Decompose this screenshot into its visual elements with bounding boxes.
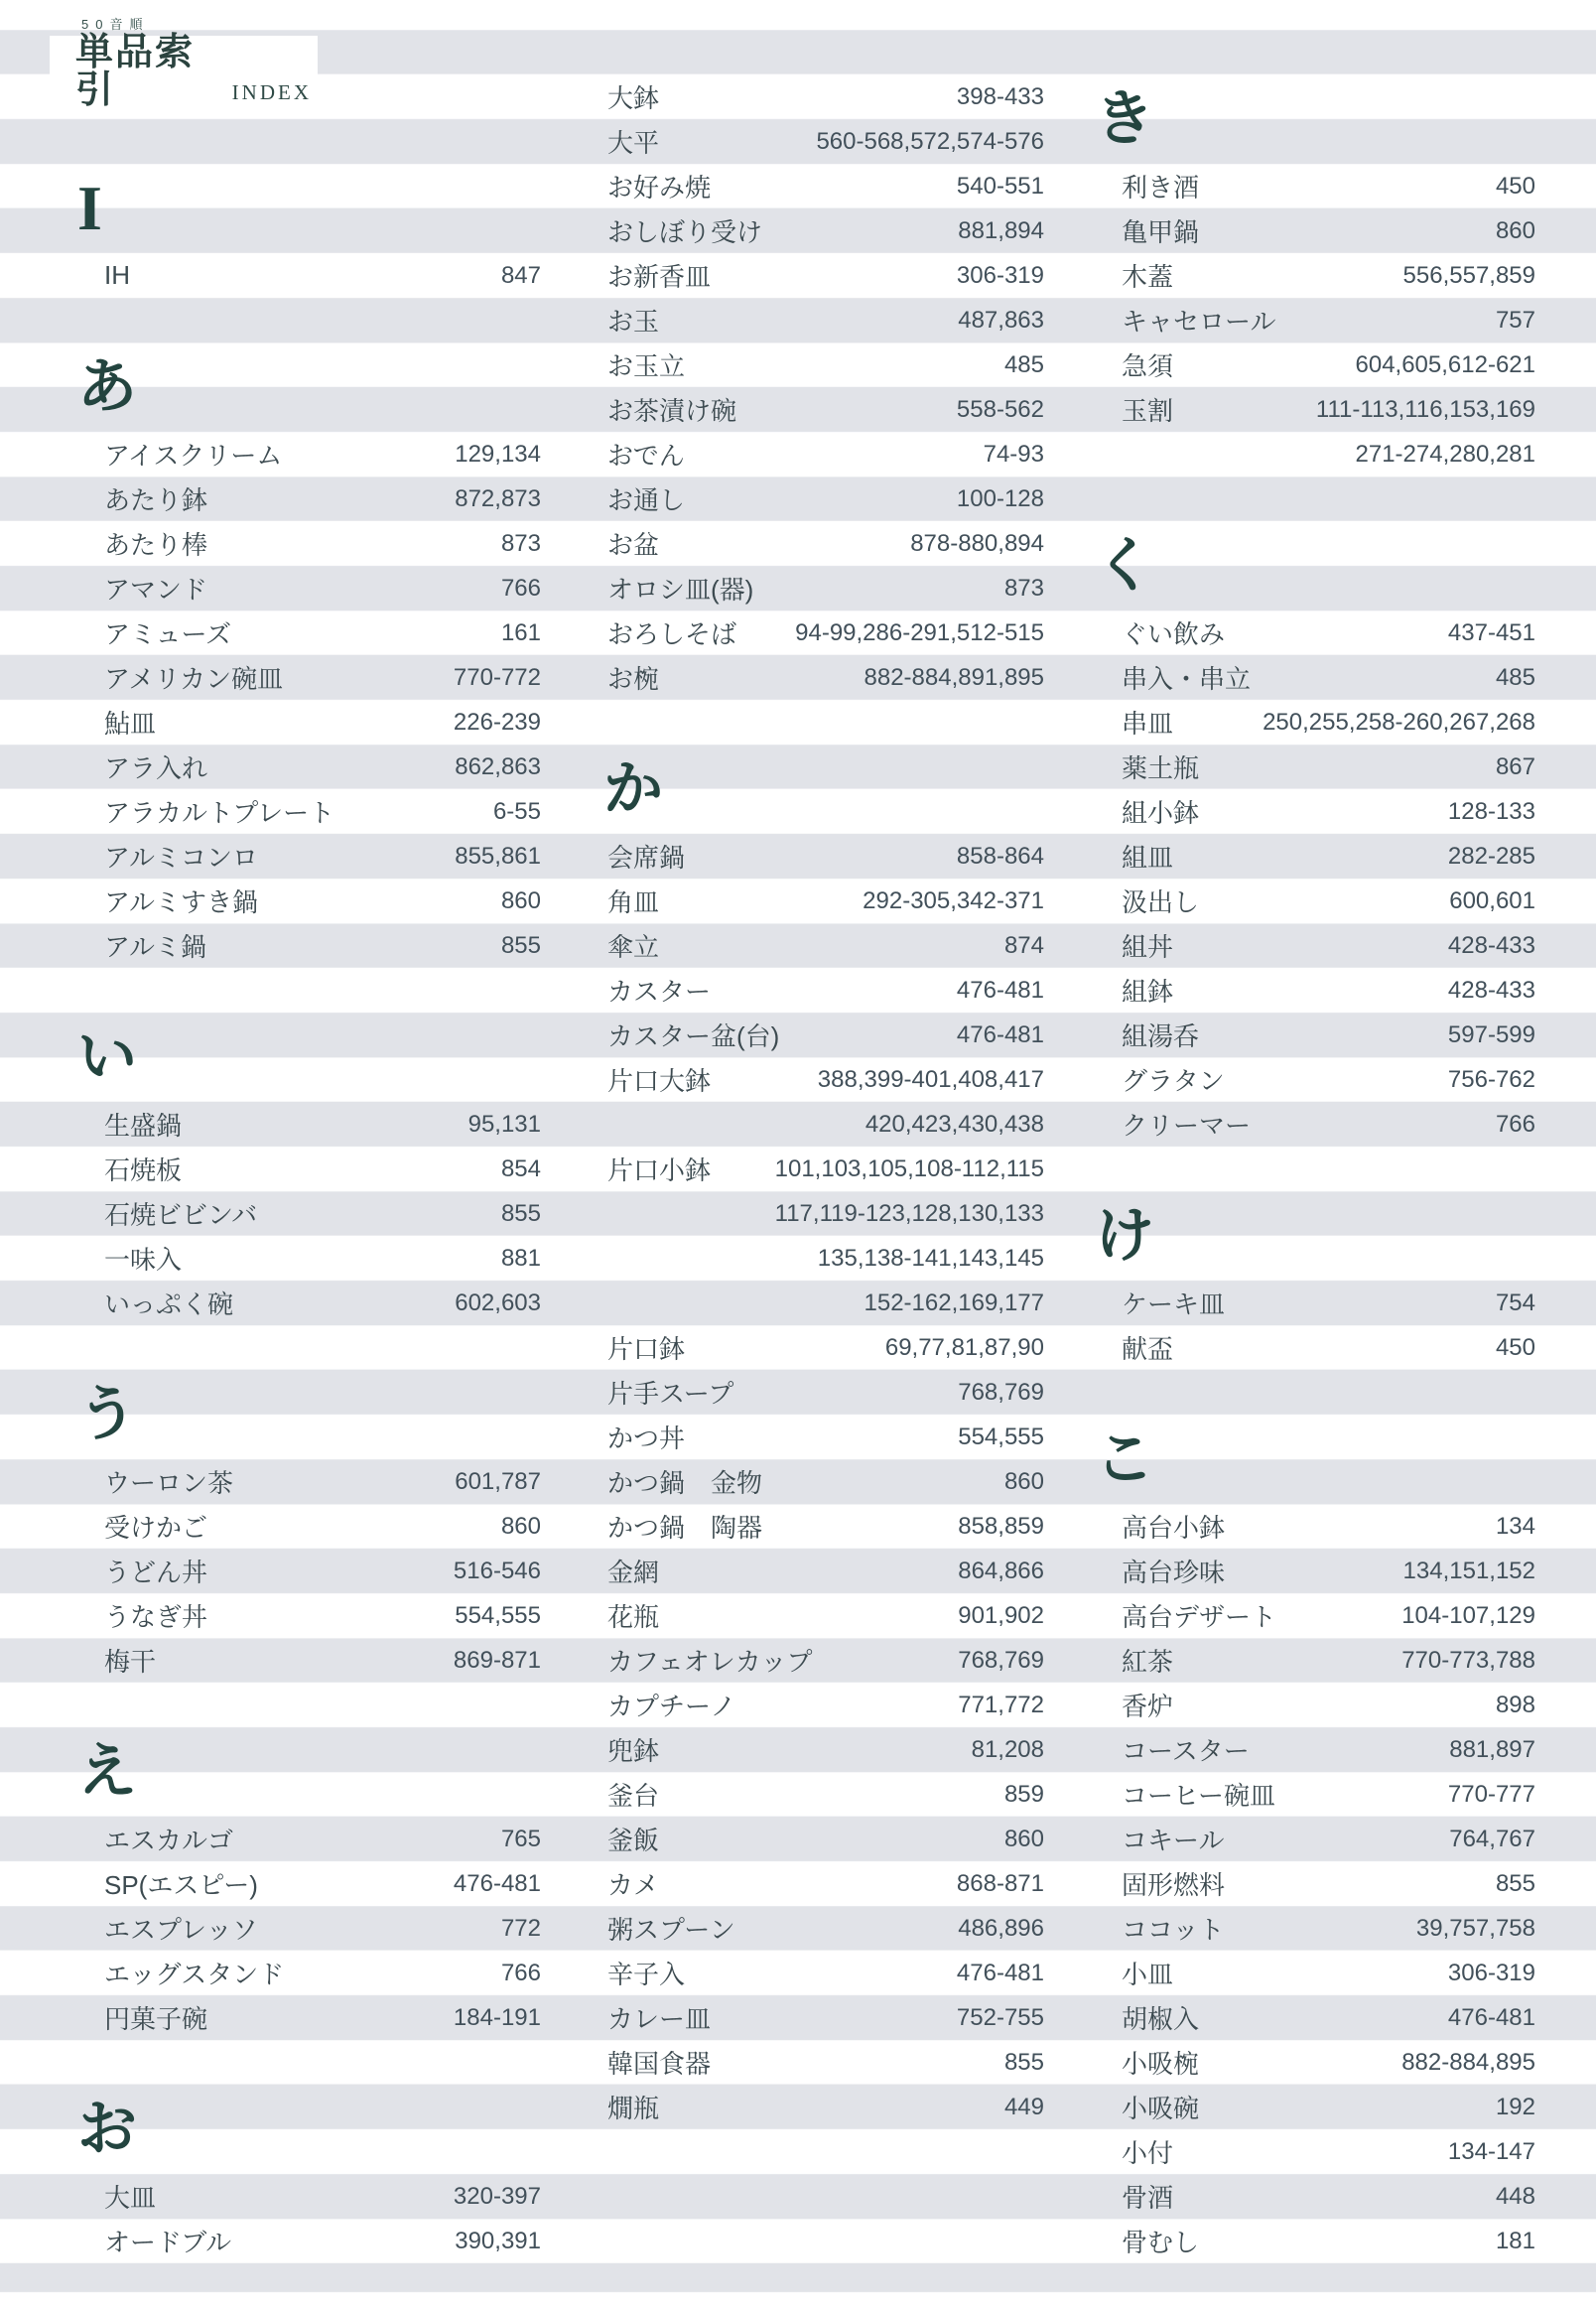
index-row: うどん丼516-546 <box>69 1549 551 1593</box>
item-pages: 847 <box>501 262 541 290</box>
index-row: かつ鍋 金物860 <box>596 1459 1054 1504</box>
section-header: あ <box>69 342 551 432</box>
index-row: 高台小鉢134 <box>1087 1504 1545 1549</box>
item-label: お玉 <box>607 302 659 339</box>
index-row: 串皿250,255,258-260,267,268 <box>1087 700 1545 745</box>
index-row: カプチーノ771,772 <box>596 1683 1054 1727</box>
item-pages: 134-147 <box>1448 2138 1535 2166</box>
item-label: ケーキ皿 <box>1122 1285 1225 1321</box>
item-pages: 882-884,895 <box>1401 2049 1535 2077</box>
index-row: 高台デザート104-107,129 <box>1087 1593 1545 1638</box>
index-row: SP(エスピー)476-481 <box>69 1861 551 1906</box>
index-row: お通し100-128 <box>596 476 1054 521</box>
index-row-continuation: 135,138-141,143,145 <box>596 1236 1054 1281</box>
index-row: うなぎ丼554,555 <box>69 1593 551 1638</box>
item-pages: 898 <box>1496 1692 1535 1719</box>
item-pages: 604,605,612-621 <box>1356 351 1536 379</box>
index-row: かつ丼554,555 <box>596 1415 1054 1459</box>
item-label: あたり鉢 <box>104 480 207 517</box>
item-pages: 768,769 <box>958 1647 1044 1675</box>
row-spacer <box>69 74 551 164</box>
row-spacer <box>69 1683 551 1727</box>
item-pages: 766 <box>1496 1111 1535 1139</box>
index-row: 片口大鉢388,399-401,408,417 <box>596 1057 1054 1102</box>
index-row: 円菓子碗184-191 <box>69 1995 551 2040</box>
item-label: うどん丼 <box>104 1553 207 1589</box>
index-row: カスター476-481 <box>596 968 1054 1013</box>
item-pages: 181 <box>1496 2228 1535 2255</box>
item-label: あたり棒 <box>104 525 207 562</box>
index-row: オロシ皿(器)873 <box>596 566 1054 611</box>
index-column: き利き酒450亀甲鍋860木蓋556,557,859キャセロール757急須604… <box>1087 74 1545 2263</box>
item-pages: 770-773,788 <box>1401 1647 1535 1675</box>
item-label: アルミコンロ <box>104 838 258 875</box>
item-pages: 69,77,81,87,90 <box>885 1334 1044 1362</box>
item-pages: 250,255,258-260,267,268 <box>1263 709 1535 737</box>
item-label: カレー皿 <box>607 1999 711 2036</box>
index-row: オードブル390,391 <box>69 2219 551 2263</box>
index-row: 香炉898 <box>1087 1683 1545 1727</box>
item-label: 石焼ビビンバ <box>104 1195 257 1232</box>
section-header-glyph: い <box>77 1027 137 1087</box>
item-pages: 859 <box>1004 1781 1044 1809</box>
item-label: 会席鍋 <box>607 838 685 875</box>
index-row: カフェオレカップ768,769 <box>596 1638 1054 1683</box>
index-row: 骨むし181 <box>1087 2219 1545 2263</box>
item-label: カスター <box>607 972 711 1009</box>
item-label: ココット <box>1122 1910 1224 1947</box>
item-label: 粥スプーン <box>607 1910 735 1947</box>
item-label: 小付 <box>1122 2133 1173 2170</box>
index-row: かつ鍋 陶器858,859 <box>596 1504 1054 1549</box>
item-label: お好み焼 <box>607 168 711 204</box>
row-spacer <box>69 298 551 342</box>
index-row: 木蓋556,557,859 <box>1087 253 1545 298</box>
item-label: 組皿 <box>1122 838 1173 875</box>
item-label: 辛子入 <box>607 1955 685 1991</box>
item-pages: 94-99,286-291,512-515 <box>795 619 1044 647</box>
item-label: 献盃 <box>1122 1329 1173 1366</box>
index-row: 骨酒448 <box>1087 2174 1545 2219</box>
item-label: カメ <box>607 1865 659 1902</box>
item-pages: 597-599 <box>1448 1021 1535 1049</box>
index-row: カメ868-871 <box>596 1861 1054 1906</box>
item-label: カスター盆(台) <box>607 1017 779 1053</box>
index-row: 釜飯860 <box>596 1817 1054 1861</box>
item-label: IH <box>104 260 130 291</box>
item-label: アルミ鍋 <box>104 927 206 964</box>
index-row: お玉立485 <box>596 342 1054 387</box>
index-row: 大平560-568,572,574-576 <box>596 119 1054 164</box>
index-row: IH847 <box>69 253 551 298</box>
item-label: 鮎皿 <box>104 704 156 741</box>
item-pages: 485 <box>1496 664 1535 692</box>
item-label: 薬土瓶 <box>1122 748 1199 785</box>
item-label: 金網 <box>607 1553 659 1589</box>
item-pages: 128-133 <box>1448 798 1535 826</box>
item-pages: 554,555 <box>455 1602 541 1630</box>
index-row: 大鉢398-433 <box>596 74 1054 119</box>
item-pages: 770-772 <box>454 664 541 692</box>
index-row: 片口小鉢101,103,105,108-112,115 <box>596 1147 1054 1191</box>
index-row: 片口鉢69,77,81,87,90 <box>596 1325 1054 1370</box>
index-row: ケーキ皿754 <box>1087 1281 1545 1325</box>
item-pages: 771,772 <box>958 1692 1044 1719</box>
index-row: アルミすき鍋860 <box>69 879 551 923</box>
index-row: 組湯呑597-599 <box>1087 1013 1545 1057</box>
item-pages: 764,767 <box>1449 1826 1535 1853</box>
item-pages: 756-762 <box>1448 1066 1535 1094</box>
item-label: ウーロン茶 <box>104 1463 233 1500</box>
item-label: かつ鍋 陶器 <box>607 1508 762 1545</box>
index-row: 大皿320-397 <box>69 2174 551 2219</box>
item-label: 高台デザート <box>1122 1597 1276 1634</box>
item-pages: 855 <box>501 1200 541 1228</box>
index-row: 薬土瓶867 <box>1087 745 1545 789</box>
item-label: 玉割 <box>1122 391 1173 428</box>
index-row: 梅干869-871 <box>69 1638 551 1683</box>
item-label: 小皿 <box>1122 1955 1173 1991</box>
item-pages: 752-755 <box>957 2004 1044 2032</box>
item-pages: 192 <box>1496 2094 1535 2121</box>
index-row: 金網864,866 <box>596 1549 1054 1593</box>
index-row: アラカルトプレート6-55 <box>69 789 551 834</box>
item-pages: 540-551 <box>957 173 1044 201</box>
item-label: うなぎ丼 <box>104 1597 207 1634</box>
item-pages: 117,119-123,128,130,133 <box>775 1200 1044 1228</box>
item-pages: 398-433 <box>957 83 1044 111</box>
item-pages: 306-319 <box>1448 1960 1535 1987</box>
item-pages: 476-481 <box>957 1021 1044 1049</box>
section-header: お <box>69 2085 551 2174</box>
item-label: 串皿 <box>1122 704 1173 741</box>
section-header: え <box>69 1727 551 1817</box>
index-row: 献盃450 <box>1087 1325 1545 1370</box>
item-label: アルミすき鍋 <box>104 882 258 919</box>
item-label: コースター <box>1122 1731 1250 1768</box>
item-pages: 95,131 <box>468 1111 541 1139</box>
item-pages: 428-433 <box>1448 932 1535 960</box>
index-row: 花瓶901,902 <box>596 1593 1054 1638</box>
index-row-continuation: 152-162,169,177 <box>596 1281 1054 1325</box>
item-pages: 486,896 <box>958 1915 1044 1943</box>
index-row: ウーロン茶601,787 <box>69 1459 551 1504</box>
index-row: いっぷく碗602,603 <box>69 1281 551 1325</box>
item-pages: 390,391 <box>455 2228 541 2255</box>
item-pages: 766 <box>501 575 541 603</box>
item-label: 組丼 <box>1122 927 1173 964</box>
item-pages: 476-481 <box>454 1870 541 1898</box>
item-pages: 854 <box>501 1155 541 1183</box>
item-pages: 872,873 <box>455 485 541 513</box>
item-label: 燗瓶 <box>607 2089 659 2125</box>
item-label: SP(エスピー) <box>104 1865 258 1902</box>
section-header: き <box>1087 74 1545 164</box>
item-label: 骨むし <box>1122 2223 1199 2259</box>
item-label: 片口小鉢 <box>607 1151 711 1187</box>
item-label: 梅干 <box>104 1642 156 1679</box>
section-header: け <box>1087 1191 1545 1281</box>
item-pages: 306-319 <box>957 262 1044 290</box>
item-pages: 602,603 <box>455 1289 541 1317</box>
item-pages: 129,134 <box>455 441 541 469</box>
item-label: 花瓶 <box>607 1597 659 1634</box>
index-row: エスプレッソ772 <box>69 1906 551 1951</box>
item-pages: 558-562 <box>957 396 1044 424</box>
item-pages: 770-777 <box>1448 1781 1535 1809</box>
item-label: コーヒー碗皿 <box>1122 1776 1275 1813</box>
index-row: コースター881,897 <box>1087 1727 1545 1772</box>
item-label: カプチーノ <box>607 1687 735 1723</box>
index-row: 固形燃料855 <box>1087 1861 1545 1906</box>
index-row-continuation: 420,423,430,438 <box>596 1102 1054 1147</box>
index-row: 釜台859 <box>596 1772 1054 1817</box>
item-pages: 860 <box>1004 1826 1044 1853</box>
item-label: アイスクリーム <box>104 436 282 473</box>
item-pages: 878-880,894 <box>910 530 1044 558</box>
item-pages: 862,863 <box>455 753 541 781</box>
item-pages: 772 <box>501 1915 541 1943</box>
index-row: クリーマー766 <box>1087 1102 1545 1147</box>
index-row: お新香皿306-319 <box>596 253 1054 298</box>
item-pages: 487,863 <box>958 307 1044 335</box>
index-column: 大鉢398-433大平560-568,572,574-576お好み焼540-55… <box>596 74 1054 2129</box>
section-header-glyph: あ <box>77 357 137 417</box>
item-label: お新香皿 <box>607 257 711 294</box>
index-row: 小皿306-319 <box>1087 1951 1545 1995</box>
index-row: 玉割111-113,116,153,169 <box>1087 387 1545 432</box>
index-row: アメリカン碗皿770-772 <box>69 655 551 700</box>
index-row: 石焼ビビンバ855 <box>69 1191 551 1236</box>
item-pages: 516-546 <box>454 1558 541 1585</box>
index-column: IIH847あアイスクリーム129,134あたり鉢872,873あたり棒873ア… <box>69 74 551 2263</box>
item-label: ぐい飲み <box>1122 614 1225 651</box>
item-pages: 134,151,152 <box>1403 1558 1535 1585</box>
item-label: 急須 <box>1122 346 1173 383</box>
index-row: 粥スプーン486,896 <box>596 1906 1054 1951</box>
item-label: お通し <box>607 480 685 517</box>
item-label: 大鉢 <box>607 78 659 115</box>
item-label: 片口大鉢 <box>607 1061 711 1098</box>
section-header: こ <box>1087 1415 1545 1504</box>
item-pages: 161 <box>501 619 541 647</box>
item-pages: 437-451 <box>1448 619 1535 647</box>
index-row: 角皿292-305,342-371 <box>596 879 1054 923</box>
index-row: おしぼり受け881,894 <box>596 208 1054 253</box>
index-row: 石焼板854 <box>69 1147 551 1191</box>
index-row: 燗瓶449 <box>596 2085 1054 2129</box>
item-pages: 554,555 <box>958 1424 1044 1451</box>
item-label: 円菓子碗 <box>104 1999 207 2036</box>
item-label: お椀 <box>607 659 659 696</box>
item-label: クリーマー <box>1122 1106 1251 1143</box>
item-label: 小吸椀 <box>1122 2044 1199 2081</box>
item-label: 釜飯 <box>607 1821 659 1857</box>
item-pages: 74-93 <box>984 441 1044 469</box>
index-row: 組皿282-285 <box>1087 834 1545 879</box>
index-row: 鮎皿226-239 <box>69 700 551 745</box>
item-pages: 864,866 <box>958 1558 1044 1585</box>
item-label: 利き酒 <box>1122 168 1199 204</box>
row-spacer <box>596 700 1054 745</box>
row-spacer <box>69 968 551 1013</box>
index-row: アルミコンロ855,861 <box>69 834 551 879</box>
item-label: いっぷく碗 <box>104 1285 233 1321</box>
index-row: お椀882-884,891,895 <box>596 655 1054 700</box>
item-label: おろしそば <box>607 614 736 651</box>
item-label: アラカルトプレート <box>104 793 334 830</box>
item-label: おしぼり受け <box>607 212 762 249</box>
item-label: アラ入れ <box>104 748 207 785</box>
kana-order-label: 50音順 <box>81 18 212 31</box>
item-label: 一味入 <box>104 1240 182 1277</box>
section-header: か <box>596 745 1054 834</box>
index-row-continuation: 271-274,280,281 <box>1087 432 1545 476</box>
index-row: アラ入れ862,863 <box>69 745 551 789</box>
item-pages: 271-274,280,281 <box>1356 441 1536 469</box>
item-label: 木蓋 <box>1122 257 1173 294</box>
item-label: アメリカン碗皿 <box>104 659 283 696</box>
item-label: エスプレッソ <box>104 1910 258 1947</box>
index-row: 会席鍋858-864 <box>596 834 1054 879</box>
row-spacer <box>1087 476 1545 521</box>
item-pages: 292-305,342-371 <box>863 887 1044 915</box>
item-pages: 449 <box>1004 2094 1044 2121</box>
item-label: オードブル <box>104 2223 231 2259</box>
item-label: 組小鉢 <box>1122 793 1199 830</box>
item-pages: 282-285 <box>1448 843 1535 871</box>
index-row: 利き酒450 <box>1087 164 1545 208</box>
index-row: 組鉢428-433 <box>1087 968 1545 1013</box>
item-label: 串入・串立 <box>1122 659 1251 696</box>
item-pages: 226-239 <box>454 709 541 737</box>
row-spacer <box>69 1325 551 1370</box>
index-row: 一味入881 <box>69 1236 551 1281</box>
item-label: 大平 <box>607 123 659 160</box>
index-row: 受けかご860 <box>69 1504 551 1549</box>
item-pages: 601,787 <box>455 1468 541 1496</box>
section-header-glyph: け <box>1095 1206 1154 1266</box>
index-row-continuation: 117,119-123,128,130,133 <box>596 1191 1054 1236</box>
section-header-glyph: き <box>1095 89 1154 149</box>
item-pages: 882-884,891,895 <box>864 664 1045 692</box>
item-pages: 39,757,758 <box>1416 1915 1535 1943</box>
item-pages: 881 <box>501 1245 541 1273</box>
item-label: お盆 <box>607 525 659 562</box>
section-header-glyph: I <box>77 177 102 240</box>
section-header-glyph: か <box>603 759 663 819</box>
row-spacer <box>1087 1147 1545 1191</box>
item-label: エスカルゴ <box>104 1821 233 1857</box>
index-row: 辛子入476-481 <box>596 1951 1054 1995</box>
item-pages: 450 <box>1496 173 1535 201</box>
index-row: お玉487,863 <box>596 298 1054 342</box>
item-label: かつ丼 <box>607 1419 685 1455</box>
section-header-glyph: え <box>77 1742 137 1802</box>
item-pages: 768,769 <box>958 1379 1044 1407</box>
index-row: あたり棒873 <box>69 521 551 566</box>
index-row: アマンド766 <box>69 566 551 611</box>
item-pages: 855 <box>1004 2049 1044 2077</box>
item-pages: 869-871 <box>454 1647 541 1675</box>
item-label: 兜鉢 <box>607 1731 659 1768</box>
item-label: 片口鉢 <box>607 1329 685 1366</box>
index-row: エスカルゴ765 <box>69 1817 551 1861</box>
item-pages: 556,557,859 <box>1403 262 1535 290</box>
index-row: アルミ鍋855 <box>69 923 551 968</box>
index-row: グラタン756-762 <box>1087 1057 1545 1102</box>
index-row: 韓国食器855 <box>596 2040 1054 2085</box>
item-pages: 754 <box>1496 1289 1535 1317</box>
item-pages: 476-481 <box>957 977 1044 1005</box>
index-row: おろしそば94-99,286-291,512-515 <box>596 611 1054 655</box>
index-row: コキール764,767 <box>1087 1817 1545 1861</box>
item-pages: 476-481 <box>1448 2004 1535 2032</box>
index-row: 高台珍味134,151,152 <box>1087 1549 1545 1593</box>
item-pages: 81,208 <box>972 1736 1044 1764</box>
item-label: 汲出し <box>1122 882 1199 919</box>
item-label: オロシ皿(器) <box>607 570 753 607</box>
section-header: う <box>69 1370 551 1459</box>
item-pages: 428-433 <box>1448 977 1535 1005</box>
item-label: 骨酒 <box>1122 2178 1173 2215</box>
item-label: 韓国食器 <box>607 2044 711 2081</box>
index-row: お盆878-880,894 <box>596 521 1054 566</box>
item-pages: 757 <box>1496 307 1535 335</box>
item-pages: 860 <box>1004 1468 1044 1496</box>
index-row: 急須604,605,612-621 <box>1087 342 1545 387</box>
item-pages: 388,399-401,408,417 <box>818 1066 1044 1094</box>
item-label: 生盛鍋 <box>104 1106 182 1143</box>
item-label: カフェオレカップ <box>607 1642 812 1679</box>
item-label: 大皿 <box>104 2178 156 2215</box>
item-label: 胡椒入 <box>1122 1999 1199 2036</box>
item-pages: 134 <box>1496 1513 1535 1541</box>
item-pages: 101,103,105,108-112,115 <box>775 1155 1044 1183</box>
index-row: コーヒー碗皿770-777 <box>1087 1772 1545 1817</box>
item-label: お茶漬け碗 <box>607 391 736 428</box>
index-row: アミューズ161 <box>69 611 551 655</box>
item-label: 高台珍味 <box>1122 1553 1225 1589</box>
item-label: かつ鍋 金物 <box>607 1463 762 1500</box>
item-label: 紅茶 <box>1122 1642 1173 1679</box>
item-pages: 476-481 <box>957 1960 1044 1987</box>
index-row: 兜鉢81,208 <box>596 1727 1054 1772</box>
item-pages: 860 <box>501 887 541 915</box>
item-pages: 855 <box>501 932 541 960</box>
row-spacer <box>69 2040 551 2085</box>
index-row: 片手スープ768,769 <box>596 1370 1054 1415</box>
item-pages: 485 <box>1004 351 1044 379</box>
item-pages: 855,861 <box>455 843 541 871</box>
item-pages: 858-864 <box>957 843 1044 871</box>
index-row: 小吸椀882-884,895 <box>1087 2040 1545 2085</box>
item-label: 釜台 <box>607 1776 659 1813</box>
item-label: 傘立 <box>607 927 659 964</box>
index-row: 生盛鍋95,131 <box>69 1102 551 1147</box>
item-pages: 6-55 <box>493 798 541 826</box>
index-row: おでん74-93 <box>596 432 1054 476</box>
index-row: 組小鉢128-133 <box>1087 789 1545 834</box>
item-pages: 560-568,572,574-576 <box>816 128 1044 156</box>
item-label: アマンド <box>104 570 207 607</box>
section-header-glyph: く <box>1095 536 1154 596</box>
item-label: 香炉 <box>1122 1687 1173 1723</box>
item-pages: 111-113,116,153,169 <box>1316 396 1535 424</box>
item-label: 片手スープ <box>607 1374 733 1411</box>
section-header: I <box>69 164 551 253</box>
item-label: エッグスタンド <box>104 1955 284 1991</box>
